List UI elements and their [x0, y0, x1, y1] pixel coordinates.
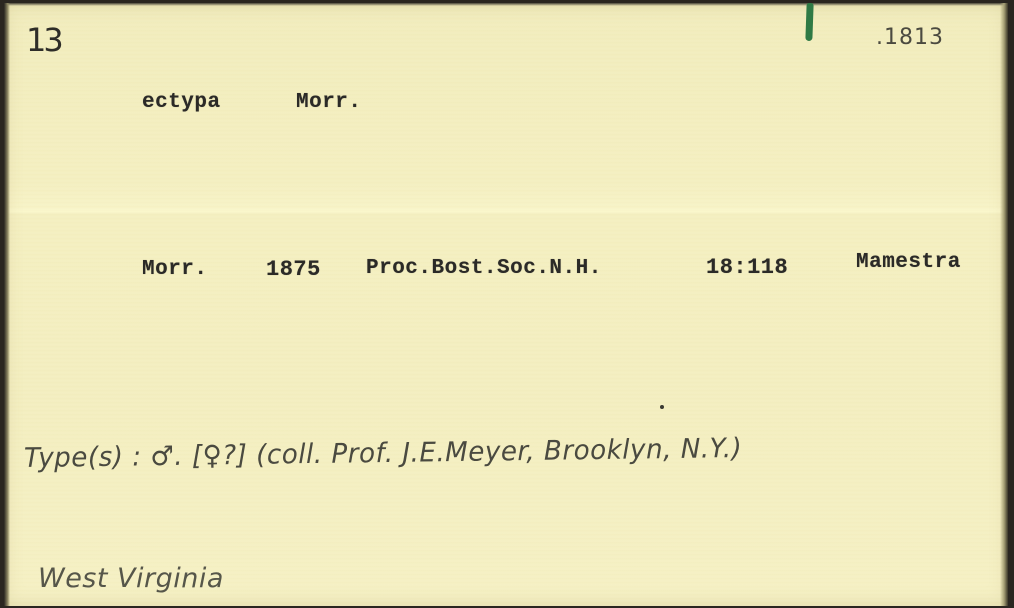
card-number: 13	[26, 21, 61, 59]
catalog-number: .1813	[876, 25, 944, 50]
citation-original-genus: Mamestra	[856, 251, 961, 274]
card-left-edge	[4, 3, 10, 606]
citation-year: 1875	[266, 257, 321, 282]
citation-author: Morr.	[142, 258, 208, 281]
citation-publication: Proc.Bost.Soc.N.H.	[366, 257, 602, 280]
types-line: Type(s) : ♂. [♀?] (coll. Prof. J.E.Meyer…	[24, 433, 743, 474]
species-author: Morr.	[296, 91, 362, 114]
locality: West Virginia	[38, 563, 224, 594]
card-top-edge	[4, 3, 1008, 6]
green-marker-tab	[805, 3, 813, 41]
index-card: 13 .1813 ectypa Morr. Morr. 1875 Proc.Bo…	[4, 3, 1008, 606]
species-name: ectypa	[142, 91, 221, 114]
card-right-edge	[1000, 3, 1008, 606]
ink-speck	[660, 405, 664, 409]
citation-volume-page: 18:118	[706, 255, 788, 280]
